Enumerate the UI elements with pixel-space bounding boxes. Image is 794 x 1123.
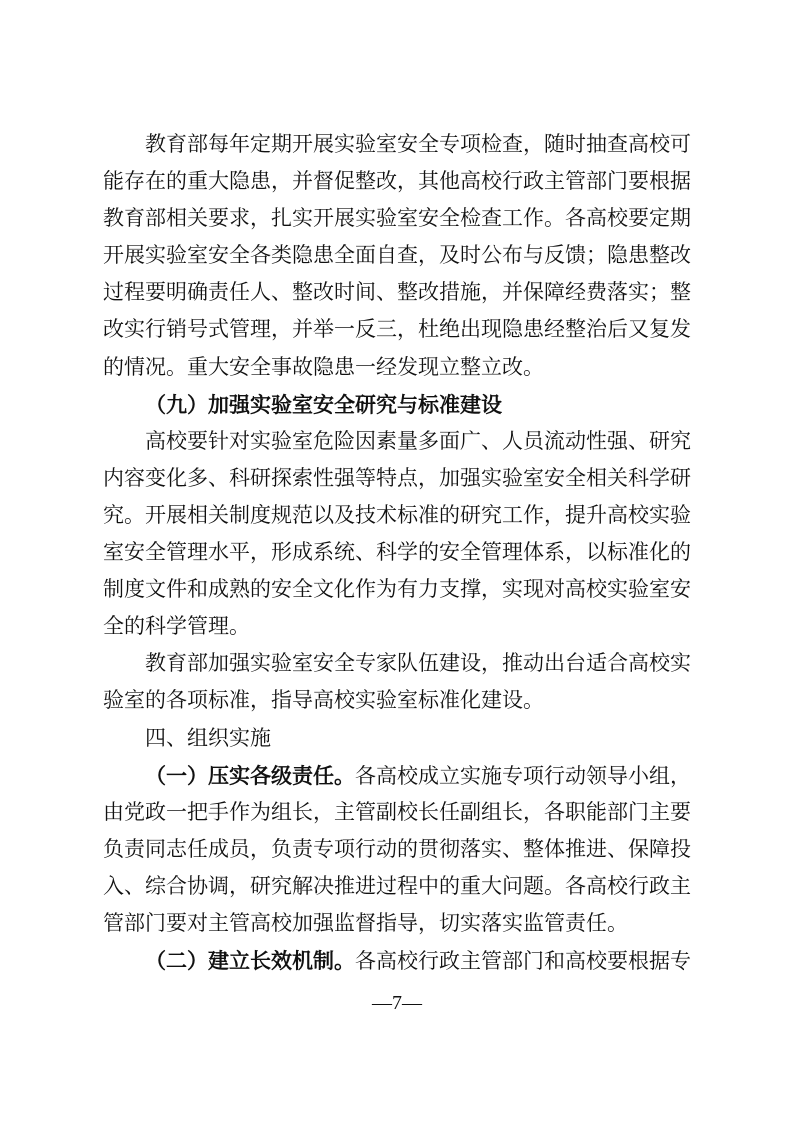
subheading-research-standards: （九）加强实验室安全研究与标准建设	[103, 386, 691, 423]
subsection-heading: （九）加强实验室安全研究与标准建设	[103, 386, 691, 423]
paragraph-inspection: 教育部每年定期开展实验室安全专项检查，随时抽查高校可 能存在的重大隐患，并督促整…	[103, 126, 691, 386]
run-in-text: 各高校行政主管部门和高校要根据专	[355, 949, 691, 973]
text-line: 入、综合协调，研究解决推进过程中的重大问题。各高校行政主	[103, 868, 691, 905]
paragraph-expert-team: 教育部加强实验室安全专家队伍建设，推动出台适合高校实 验室的各项标准，指导高校实…	[103, 645, 691, 719]
text-line: 过程要明确责任人、整改时间、整改措施，并保障经费落实；整	[103, 274, 691, 311]
paragraph-long-term-mechanism: （二）建立长效机制。各高校行政主管部门和高校要根据专	[103, 942, 691, 979]
document-page: 教育部每年定期开展实验室安全专项检查，随时抽查高校可 能存在的重大隐患，并督促整…	[0, 0, 794, 1123]
text-line: 开展实验室安全各类隐患全面自查，及时公布与反馈；隐患整改	[103, 237, 691, 274]
text-line: 教育部相关要求，扎实开展实验室安全检查工作。各高校要定期	[103, 200, 691, 237]
page-number: —7—	[0, 990, 794, 1016]
text-line: 全的科学管理。	[103, 608, 691, 645]
text-line: 能存在的重大隐患，并督促整改，其他高校行政主管部门要根据	[103, 163, 691, 200]
run-in-text: 各高校成立实施专项行动领导小组，	[355, 764, 691, 788]
text-line: 负责同志任成员，负责专项行动的贯彻落实、整体推进、保障投	[103, 831, 691, 868]
paragraph-responsibility: （一）压实各级责任。各高校成立实施专项行动领导小组， 由党政一把手作为组长，主管…	[103, 757, 691, 942]
text-line: 教育部加强实验室安全专家队伍建设，推动出台适合高校实	[103, 645, 691, 682]
text-line: 管部门要对主管高校加强监督指导，切实落实监管责任。	[103, 905, 691, 942]
page-body: 教育部每年定期开展实验室安全专项检查，随时抽查高校可 能存在的重大隐患，并督促整…	[103, 126, 691, 979]
text-line: 究。开展相关制度规范以及技术标准的研究工作，提升高校实验	[103, 497, 691, 534]
text-line: 验室的各项标准，指导高校实验室标准化建设。	[103, 682, 691, 719]
text-line: 教育部每年定期开展实验室安全专项检查，随时抽查高校可	[103, 126, 691, 163]
text-line: 内容变化多、科研探索性强等特点，加强实验室安全相关科学研	[103, 460, 691, 497]
text-line: （一）压实各级责任。各高校成立实施专项行动领导小组，	[103, 757, 691, 794]
run-in-heading: （一）压实各级责任。	[145, 763, 355, 788]
text-line: 的情况。重大安全事故隐患一经发现立整立改。	[103, 349, 691, 386]
text-line: 室安全管理水平，形成系统、科学的安全管理体系，以标准化的	[103, 534, 691, 571]
text-line: 制度文件和成熟的安全文化作为有力支撑，实现对高校实验室安	[103, 571, 691, 608]
text-line: 改实行销号式管理，并举一反三，杜绝出现隐患经整治后又复发	[103, 311, 691, 348]
run-in-heading: （二）建立长效机制。	[145, 948, 355, 973]
text-line: （二）建立长效机制。各高校行政主管部门和高校要根据专	[103, 942, 691, 979]
text-line: 由党政一把手作为组长，主管副校长任副组长，各职能部门主要	[103, 794, 691, 831]
paragraph-research: 高校要针对实验室危险因素量多面广、人员流动性强、研究 内容变化多、科研探索性强等…	[103, 423, 691, 646]
section-organization: 四、组织实施	[103, 720, 691, 757]
section-heading: 四、组织实施	[103, 720, 691, 757]
text-line: 高校要针对实验室危险因素量多面广、人员流动性强、研究	[103, 423, 691, 460]
